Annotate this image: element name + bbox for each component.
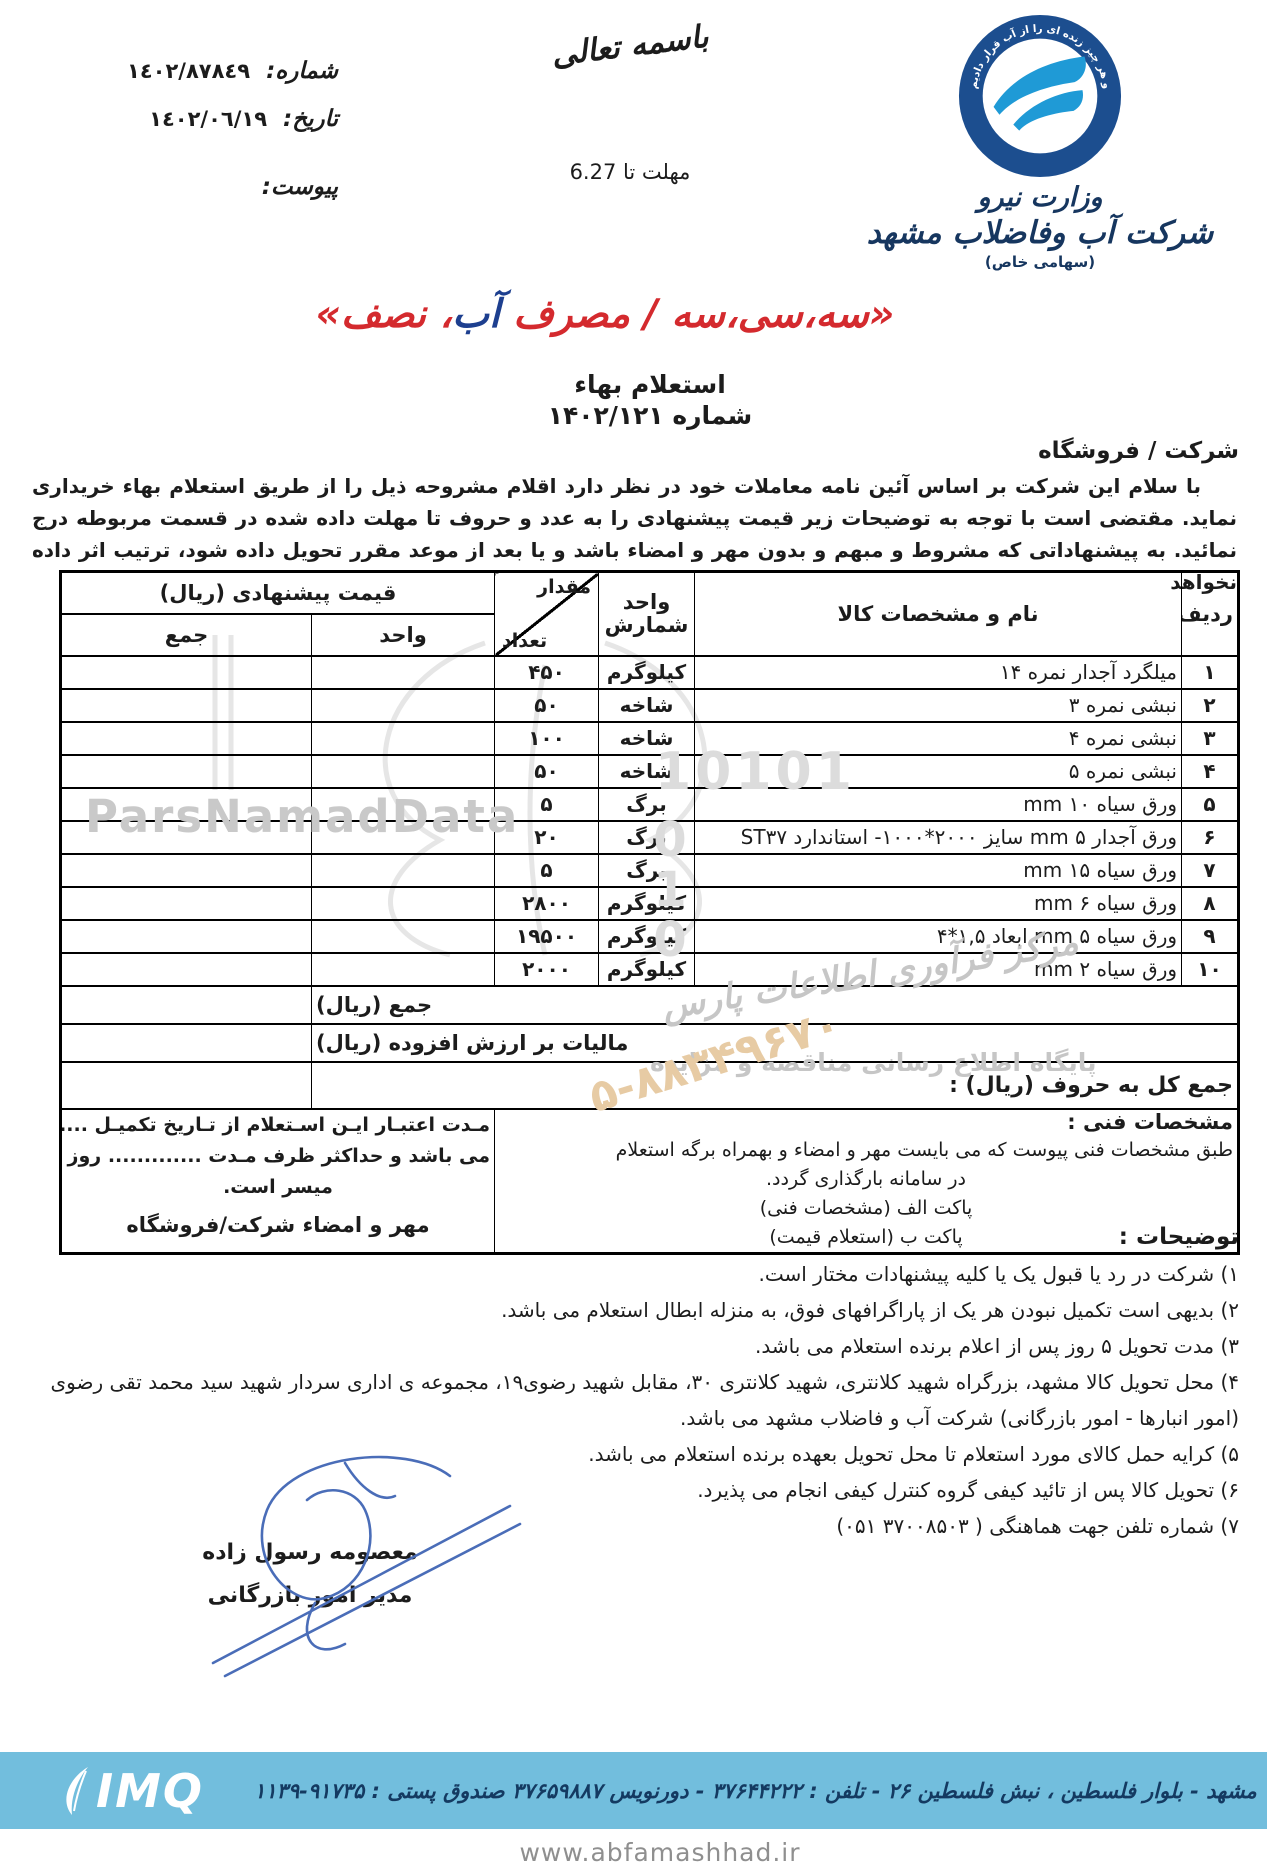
unit-price-cell-empty bbox=[312, 788, 495, 821]
header-unit-line1: واحد bbox=[623, 590, 671, 614]
tech-specs-body: طبق مشخصات فنی پیوست که می بایست مهر و ا… bbox=[499, 1136, 1233, 1165]
tech-specs-body2: در سامانه بارگذاری گردد. bbox=[499, 1165, 1233, 1194]
imq-text: IMQ bbox=[96, 1764, 204, 1818]
note-item: ۲) بدیهی است تکمیل نبودن هر یک از پاراگر… bbox=[32, 1292, 1239, 1328]
document-number-row: شماره: ١٤٠٢/٨٧٨٤٩ bbox=[38, 58, 338, 84]
attachment-row: پیوست: bbox=[38, 174, 338, 200]
row-number: ۱ bbox=[1182, 656, 1239, 689]
item-name: ورق آجدار ۵ mm سایز ۲۰۰۰*۱۰۰۰- استاندارد… bbox=[695, 821, 1182, 854]
table-row: ۳ نبشی نمره ۴ شاخه ۱۰۰ bbox=[61, 722, 1239, 755]
table-row: ۸ ورق سیاه ۶ mm کیلوگرم ۲۸۰۰ bbox=[61, 887, 1239, 920]
unit-price-cell-empty bbox=[312, 656, 495, 689]
note-item: ۷) شماره تلفن جهت هماهنگی ( ۳۷۰۰۸۵۰۳ ۰۵۱… bbox=[32, 1508, 1239, 1544]
item-name: نبشی نمره ۳ bbox=[695, 689, 1182, 722]
item-name: ورق سیاه ۱۵ mm bbox=[695, 854, 1182, 887]
item-qty: ۵ bbox=[495, 854, 599, 887]
company-name: شرکت آب وفاضلاب مشهد bbox=[850, 215, 1230, 251]
header-proposed-price: قیمت پیشنهادی (ریال) bbox=[61, 572, 495, 614]
table-row: ۹ ورق سیاه ۵ mm ابعاد ۱,۵*۴ کیلوگرم ۱۹۵۰… bbox=[61, 920, 1239, 953]
total-price-cell-empty bbox=[61, 920, 312, 953]
company-logo-block: و هر چیز زنده ای را از آب قرار دادیم وزا… bbox=[850, 12, 1230, 271]
total-price-cell-empty bbox=[61, 953, 312, 986]
abfa-logo-icon: و هر چیز زنده ای را از آب قرار دادیم bbox=[956, 12, 1124, 180]
row-number: ۶ bbox=[1182, 821, 1239, 854]
row-number: ۵ bbox=[1182, 788, 1239, 821]
row-number: ۳ bbox=[1182, 722, 1239, 755]
item-qty: ۵۰ bbox=[495, 689, 599, 722]
table-row: ۵ ورق سیاه ۱۰ mm برگ ۵ bbox=[61, 788, 1239, 821]
notes-section: توضیحات : ۱) شرکت در رد یا قبول یک یا کل… bbox=[32, 1224, 1239, 1544]
footer-band: IMQ • مشهد - بلوار فلسطین ، نبش فلسطین ۲… bbox=[0, 1752, 1267, 1829]
item-qty: ۴۵۰ bbox=[495, 656, 599, 689]
header-qty-bottom: تعداد bbox=[502, 630, 547, 652]
unit-price-cell-empty bbox=[312, 953, 495, 986]
item-unit: برگ bbox=[599, 788, 695, 821]
item-name: ورق سیاه ۶ mm bbox=[695, 887, 1182, 920]
unit-price-cell-empty bbox=[312, 920, 495, 953]
signer-role: مدیر امور بازرگانی bbox=[185, 1583, 435, 1608]
item-unit: کیلوگرم bbox=[599, 656, 695, 689]
row-number: ۸ bbox=[1182, 887, 1239, 920]
total-price-cell-empty bbox=[61, 689, 312, 722]
item-unit: شاخه bbox=[599, 722, 695, 755]
unit-price-cell-empty bbox=[312, 722, 495, 755]
table-row: ۲ نبشی نمره ۳ شاخه ۵۰ bbox=[61, 689, 1239, 722]
item-unit: برگ bbox=[599, 821, 695, 854]
number-value: ١٤٠٢/٨٧٨٤٩ bbox=[127, 59, 250, 83]
sum-label: جمع (ریال) bbox=[312, 986, 1239, 1024]
scanned-inquiry-document: شماره: ١٤٠٢/٨٧٨٤٩ تاریخ: ١٤٠٢/٠٦/١٩ پیوس… bbox=[0, 0, 1267, 1873]
item-name: نبشی نمره ۵ bbox=[695, 755, 1182, 788]
signature-block: معصومه رسول زاده مدیر امور بازرگانی bbox=[185, 1540, 435, 1608]
item-unit: شاخه bbox=[599, 755, 695, 788]
total-price-cell-empty bbox=[61, 788, 312, 821]
total-price-cell-empty bbox=[61, 821, 312, 854]
header-row-number: ردیف bbox=[1182, 572, 1239, 656]
note-item: ۳) مدت تحویل ۵ روز پس از اعلام برنده است… bbox=[32, 1328, 1239, 1364]
unit-price-cell-empty bbox=[312, 887, 495, 920]
table-row: ۱۰ ورق سیاه ۲ mm کیلوگرم ۲۰۰۰ bbox=[61, 953, 1239, 986]
footer-address: • مشهد - بلوار فلسطین ، نبش فلسطین ۲۶ - … bbox=[204, 1779, 1267, 1803]
date-value: ١٤٠٢/٠٦/١٩ bbox=[149, 107, 267, 131]
unit-price-cell-empty bbox=[312, 854, 495, 887]
vat-value-empty bbox=[61, 1024, 312, 1062]
document-title: استعلام بهاء bbox=[0, 370, 1267, 399]
total-price-cell-empty bbox=[61, 722, 312, 755]
validity-line2: می باشد و حداکثر ظرف مـدت ............. … bbox=[66, 1141, 490, 1172]
vat-row: مالیات بر ارزش افزوده (ریال) bbox=[61, 1024, 1239, 1062]
date-label: تاریخ: bbox=[283, 106, 338, 132]
salutation: شرکت / فروشگاه bbox=[1038, 438, 1239, 464]
slogan-red-part1: «سه،سی،سه / مصرف bbox=[500, 292, 895, 337]
notes-title: توضیحات : bbox=[32, 1224, 1239, 1250]
note-item: ۵) کرایه حمل کالای مورد استعلام تا محل ت… bbox=[32, 1436, 1239, 1472]
header-quantity: مقدار تعداد bbox=[495, 572, 599, 656]
item-unit: شاخه bbox=[599, 689, 695, 722]
total-price-cell-empty bbox=[61, 755, 312, 788]
unit-price-cell-empty bbox=[312, 755, 495, 788]
tech-specs-title: مشخصات فنی : bbox=[499, 1110, 1233, 1134]
letterhead-meta: شماره: ١٤٠٢/٨٧٨٤٩ تاریخ: ١٤٠٢/٠٦/١٩ پیوس… bbox=[38, 58, 338, 200]
header-total-price: جمع bbox=[61, 614, 312, 656]
table-row: ۴ نبشی نمره ۵ شاخه ۵۰ bbox=[61, 755, 1239, 788]
item-qty: ۲۰۰۰ bbox=[495, 953, 599, 986]
total-in-words-empty bbox=[61, 1062, 312, 1109]
total-price-cell-empty bbox=[61, 854, 312, 887]
document-date-row: تاریخ: ١٤٠٢/٠٦/١٩ bbox=[38, 106, 338, 132]
row-number: ۲ bbox=[1182, 689, 1239, 722]
item-unit: برگ bbox=[599, 854, 695, 887]
note-item: ۴) محل تحویل کالا مشهد، بزرگراه شهید کلا… bbox=[32, 1364, 1239, 1436]
header-unit-price: واحد bbox=[312, 614, 495, 656]
item-name: ورق سیاه ۲ mm bbox=[695, 953, 1182, 986]
item-unit: کیلوگرم bbox=[599, 920, 695, 953]
number-label: شماره: bbox=[266, 58, 338, 84]
slogan-red-part2: ، نصف» bbox=[316, 292, 453, 337]
water-saving-slogan: «سه،سی،سه / مصرف آب، نصف» bbox=[0, 292, 1210, 337]
besmele-calligraphy: باسمه تعالی bbox=[439, 5, 821, 87]
vat-label: مالیات بر ارزش افزوده (ریال) bbox=[312, 1024, 1239, 1062]
unit-price-cell-empty bbox=[312, 689, 495, 722]
document-number-title: شماره ۱۴۰۲/۱۲۱ bbox=[0, 401, 1267, 430]
slogan-blue-word: آب bbox=[452, 292, 500, 337]
row-number: ۹ bbox=[1182, 920, 1239, 953]
company-type: (سهامی خاص) bbox=[850, 253, 1230, 271]
total-price-cell-empty bbox=[61, 656, 312, 689]
header-unit-line2: شمارش bbox=[605, 613, 689, 637]
envelope-a-label: پاکت الف (مشخصات فنی) bbox=[499, 1194, 1233, 1223]
header-count-unit: واحد شمارش bbox=[599, 572, 695, 656]
ministry-name: وزارت نیرو bbox=[850, 182, 1230, 213]
total-in-words-label: جمع کل به حروف (ریال) : bbox=[312, 1062, 1239, 1109]
row-number: ۷ bbox=[1182, 854, 1239, 887]
item-name: ورق سیاه ۵ mm ابعاد ۱,۵*۴ bbox=[695, 920, 1182, 953]
item-name: نبشی نمره ۴ bbox=[695, 722, 1182, 755]
header-item-name: نام و مشخصات کالا bbox=[695, 572, 1182, 656]
item-qty: ۵ bbox=[495, 788, 599, 821]
unit-price-cell-empty bbox=[312, 821, 495, 854]
imq-leaf-icon bbox=[58, 1765, 92, 1817]
total-in-words-row: جمع کل به حروف (ریال) : bbox=[61, 1062, 1239, 1109]
item-qty: ۱۹۵۰۰ bbox=[495, 920, 599, 953]
row-number: ۴ bbox=[1182, 755, 1239, 788]
header-qty-top: مقدار bbox=[537, 576, 591, 598]
imq-logo: IMQ bbox=[58, 1764, 204, 1818]
deadline-text: مهلت تا 6.27 bbox=[440, 160, 820, 184]
validity-line3: میسر است. bbox=[66, 1172, 490, 1203]
table-row: ۱ میلگرد آجدار نمره ۱۴ کیلوگرم ۴۵۰ bbox=[61, 656, 1239, 689]
item-unit: کیلوگرم bbox=[599, 953, 695, 986]
sum-row: جمع (ریال) bbox=[61, 986, 1239, 1024]
table-row: ۶ ورق آجدار ۵ mm سایز ۲۰۰۰*۱۰۰۰- استاندا… bbox=[61, 821, 1239, 854]
items-table: ردیف نام و مشخصات کالا واحد شمارش مقدار … bbox=[59, 570, 1240, 1255]
table-row: ۷ ورق سیاه ۱۵ mm برگ ۵ bbox=[61, 854, 1239, 887]
footer-website: www.abfamashhad.ir bbox=[0, 1838, 1267, 1867]
validity-line1: مـدت اعتبـار ایـن اسـتعلام از تـاریخ تکم… bbox=[66, 1110, 490, 1141]
attachment-label: پیوست: bbox=[262, 174, 338, 200]
item-name: میلگرد آجدار نمره ۱۴ bbox=[695, 656, 1182, 689]
note-item: ۶) تحویل کالا پس از تائید کیفی گروه کنتر… bbox=[32, 1472, 1239, 1508]
total-price-cell-empty bbox=[61, 887, 312, 920]
item-qty: ۲۸۰۰ bbox=[495, 887, 599, 920]
signer-name: معصومه رسول زاده bbox=[185, 1540, 435, 1565]
sum-value-empty bbox=[61, 986, 312, 1024]
note-item: ۱) شرکت در رد یا قبول یک یا کلیه پیشنهاد… bbox=[32, 1256, 1239, 1292]
row-number: ۱۰ bbox=[1182, 953, 1239, 986]
item-qty: ۱۰۰ bbox=[495, 722, 599, 755]
item-unit: کیلوگرم bbox=[599, 887, 695, 920]
item-qty: ۵۰ bbox=[495, 755, 599, 788]
item-qty: ۲۰ bbox=[495, 821, 599, 854]
item-name: ورق سیاه ۱۰ mm bbox=[695, 788, 1182, 821]
